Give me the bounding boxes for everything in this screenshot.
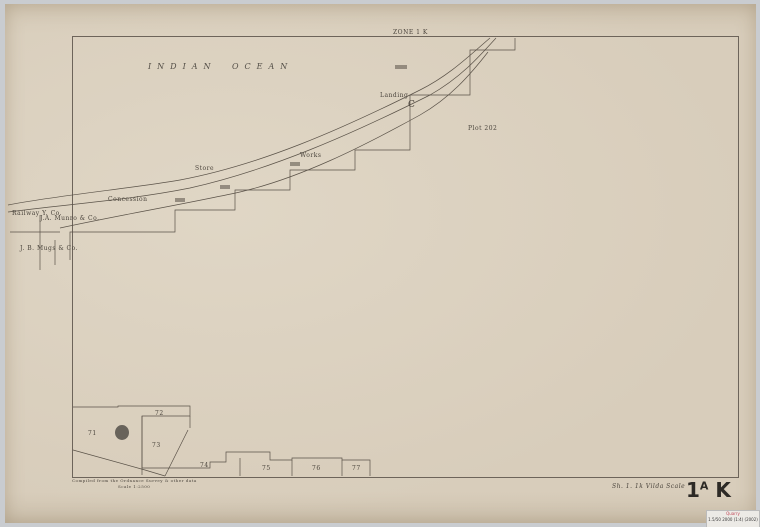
strip-label-c: C: [408, 100, 415, 110]
sheet-id-sup: A: [700, 479, 709, 492]
strip-label-works: Works: [300, 152, 321, 159]
sheet-id: 1A K: [686, 478, 731, 502]
right-plot-label: Plot 202: [468, 125, 497, 132]
left-label-munro: J.A. Munro & Co.: [40, 215, 100, 222]
parcel-74: 74: [200, 462, 209, 469]
sheet-id-number: 1: [686, 478, 700, 502]
catalog-sticker: Quarry 1.5/50 2000 (1:4) (2002): [706, 510, 760, 527]
parcel-71: 71: [88, 430, 97, 437]
parcel-75: 75: [262, 465, 271, 472]
bottom-left-note: Compiled from the Ordnance Survey & othe…: [72, 478, 197, 483]
ocean-label-ocean: OCEAN: [232, 62, 293, 71]
footer-note: Sh. 1. 1k Vilda Scale: [612, 483, 685, 490]
sheet-id-letter: K: [715, 478, 731, 502]
map-linework: [0, 0, 760, 527]
strip-label-landing: Landing: [380, 92, 408, 99]
top-label: ZONE 1 K: [393, 29, 428, 36]
strip-label-store: Store: [195, 165, 214, 172]
parcel-77: 77: [352, 465, 361, 472]
strip-label-concession: Concession: [108, 196, 148, 203]
parcel-72: 72: [155, 410, 164, 417]
bottom-left-scale: Scale 1:2500: [118, 484, 150, 489]
parcel-73: 73: [152, 442, 161, 449]
stamp-seal-icon: [115, 425, 129, 440]
sticker-line-2: 1.5/50 2000 (1:4) (2002): [707, 517, 759, 523]
ocean-label-indian: INDIAN: [148, 62, 217, 71]
left-label-mugs: J. B. Mugs & Co.: [20, 245, 78, 252]
parcel-76: 76: [312, 465, 321, 472]
